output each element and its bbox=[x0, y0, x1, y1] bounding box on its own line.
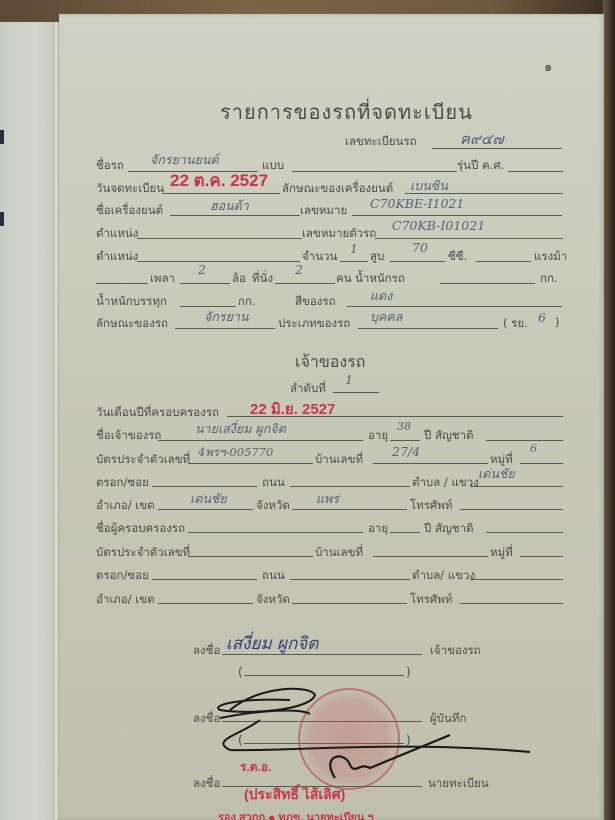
underline bbox=[188, 556, 313, 557]
tambon-value: เด่นชัย bbox=[478, 464, 515, 484]
holder-moo-label: หมู่ที่ bbox=[490, 544, 513, 562]
underline bbox=[152, 579, 257, 580]
axles-label: เพลา bbox=[150, 270, 175, 288]
moo-value: 6 bbox=[530, 442, 537, 455]
style-value: จักรยาน bbox=[204, 307, 249, 327]
underline bbox=[188, 532, 363, 533]
reg-date-label: วันจดทะเบียน bbox=[96, 180, 164, 198]
registration-no-value: ฅ๙๔๗ bbox=[460, 127, 504, 151]
owner-section-title: เจ้าของรถ bbox=[295, 350, 365, 375]
owner-name-label: ชื่อเจ้าของรถ bbox=[96, 427, 161, 445]
house-no-value: 27/4 bbox=[392, 444, 420, 459]
hp-unit: แรงม้า bbox=[534, 248, 567, 266]
underline bbox=[520, 556, 563, 557]
registrar-name: (ประสิทธิ์ ไส้เลิศ) bbox=[244, 784, 345, 806]
nationality-label: ปี สัญชาติ bbox=[424, 427, 474, 445]
holder-amphoe-label: อำเภอ/ เขต bbox=[96, 591, 155, 609]
holder-soi-label: ตรอก/ซอย bbox=[96, 567, 149, 585]
underline bbox=[158, 440, 363, 441]
underline bbox=[486, 440, 563, 441]
underline bbox=[137, 261, 300, 262]
underline bbox=[188, 463, 313, 464]
underline bbox=[486, 532, 563, 533]
id-card-value: 4พรฯ-005770 bbox=[198, 444, 273, 462]
position2-label: ตำแหน่ง bbox=[96, 248, 138, 266]
form-code-prefix: ( รย. bbox=[503, 315, 528, 333]
reg-date-value: 22 ต.ค. 2527 bbox=[170, 167, 268, 194]
underline bbox=[158, 603, 253, 604]
underline bbox=[175, 328, 275, 329]
wheels-label: ล้อ bbox=[232, 270, 246, 288]
holder-house-label: บ้านเลขที่ bbox=[315, 544, 363, 562]
holder-tambon-label: ตำบล/ แขวง bbox=[412, 567, 475, 585]
cc-unit: ซีซี. bbox=[448, 248, 467, 266]
owner-order-value: 1 bbox=[345, 372, 353, 387]
underline bbox=[158, 509, 253, 510]
registrar-title: รอง สวกก.๑ ทภข. นายทะเบียน ฯ bbox=[218, 808, 374, 820]
holder-road-label: ถนน bbox=[262, 567, 285, 585]
underline bbox=[440, 283, 535, 284]
category-label: ประเภทของรถ bbox=[278, 315, 350, 333]
left-facing-page bbox=[0, 22, 58, 820]
weight-unit: กก. bbox=[540, 270, 558, 288]
owner-order-label: ลำดับที่ bbox=[290, 380, 326, 398]
province-label: จังหวัด bbox=[256, 497, 290, 515]
owner-role-label: เจ้าของรถ bbox=[430, 642, 481, 660]
page-title: รายการของรถที่จดทะเบียน bbox=[220, 96, 473, 128]
amphoe-label: อำเภอ/ เขต bbox=[96, 497, 155, 515]
underline bbox=[390, 261, 445, 262]
holder-id-label: บัตรประจำตัวเลขที่ bbox=[96, 544, 190, 562]
engine-no-label: เลขหมาย bbox=[300, 202, 347, 220]
paren-open: ( bbox=[238, 665, 243, 679]
chassis-no-label: เลขหมายตัวรถ bbox=[302, 225, 376, 243]
underline bbox=[352, 215, 562, 216]
registrar-role-label: นายทะเบียน bbox=[428, 775, 489, 793]
id-card-label: บัตรประจำตัวเลขที่ bbox=[96, 451, 190, 469]
form-code-value: 6 bbox=[538, 310, 546, 325]
province-value: แพร่ bbox=[316, 489, 339, 509]
underline bbox=[470, 486, 563, 487]
position-label: ตำแหน่ง bbox=[96, 225, 138, 243]
registration-no-label: เลขทะเบียนรถ bbox=[345, 133, 417, 151]
tambon-label: ตำบล / แขวง bbox=[412, 474, 479, 492]
underline bbox=[96, 283, 148, 284]
registrar-rank: ร.ต.อ. bbox=[240, 758, 271, 777]
underline bbox=[373, 463, 488, 464]
underline bbox=[340, 261, 368, 262]
underline bbox=[373, 556, 488, 557]
underline bbox=[292, 509, 407, 510]
engine-no-value: C70KBE-I1021 bbox=[370, 196, 464, 211]
year-label: รุ่นปี ค.ศ. bbox=[457, 157, 504, 175]
vehicle-name-label: ชื่อรถ bbox=[96, 157, 124, 175]
axles-value: 2 bbox=[198, 262, 206, 277]
underline bbox=[152, 486, 257, 487]
holder-name-label: ชื่อผู้ครอบครองรถ bbox=[96, 520, 185, 538]
amphoe-value: เด่นชัย bbox=[190, 489, 227, 509]
underline bbox=[137, 238, 302, 239]
color-label: สีของรถ bbox=[295, 293, 336, 311]
owner-signature: เสงี่ยม ผูกจิต bbox=[226, 630, 318, 657]
holder-province-label: จังหวัด bbox=[256, 591, 290, 609]
cc-value: 70 bbox=[412, 240, 428, 255]
underline bbox=[460, 509, 563, 510]
underline bbox=[460, 603, 563, 604]
underline bbox=[508, 171, 563, 172]
underline bbox=[244, 675, 404, 676]
engine-brand-value: ฮอนด้า bbox=[210, 196, 249, 216]
seats-label: ที่นั่ง bbox=[252, 270, 273, 288]
engine-type-value: เบนซิน bbox=[410, 176, 448, 196]
registrar-sign-label: ลงชื่อ bbox=[193, 775, 220, 793]
underline bbox=[520, 463, 563, 464]
form-code-suffix: ) bbox=[555, 315, 560, 329]
owner-sign-label: ลงชื่อ bbox=[193, 642, 220, 660]
road-label: ถนน bbox=[262, 474, 285, 492]
underline bbox=[292, 603, 407, 604]
seats-value: 2 bbox=[295, 262, 303, 277]
table-background-edge bbox=[603, 0, 615, 820]
load-label: น้ำหนักบรรทุก bbox=[96, 293, 167, 311]
age-label: อายุ bbox=[368, 427, 388, 445]
left-page-mark bbox=[0, 212, 4, 226]
left-page-mark bbox=[0, 130, 4, 144]
underline bbox=[333, 392, 379, 393]
holder-phone-label: โทรศัพท์ bbox=[410, 591, 452, 609]
cylinders-value: 1 bbox=[350, 241, 358, 256]
persons-label: คน bbox=[336, 270, 352, 288]
underline bbox=[476, 261, 531, 262]
underline bbox=[390, 532, 420, 533]
holder-nationality-label: ปี สัญชาติ bbox=[424, 520, 474, 538]
category-value: บุคคล bbox=[370, 307, 402, 327]
possession-date-value: 22 มิ.ย. 2527 bbox=[250, 397, 335, 421]
engine-brand-label: ชื่อเครื่องยนต์ bbox=[96, 202, 163, 220]
house-no-label: บ้านเลขที่ bbox=[315, 451, 363, 469]
page-number: ๑ bbox=[544, 56, 552, 77]
holder-age-label: อายุ bbox=[368, 520, 388, 538]
color-value: แดง bbox=[370, 286, 392, 306]
underline bbox=[290, 579, 410, 580]
paren-close: ) bbox=[406, 665, 411, 679]
underline bbox=[275, 283, 335, 284]
soi-label: ตรอก/ซอย bbox=[96, 474, 149, 492]
age-value: 38 bbox=[397, 420, 411, 433]
chassis-no-value: C70KB-I01021 bbox=[392, 218, 485, 233]
cylinders-unit: สูบ bbox=[370, 248, 384, 266]
underline bbox=[375, 238, 563, 239]
underline bbox=[358, 328, 498, 329]
style-label: ลักษณะของรถ bbox=[96, 315, 168, 333]
underline bbox=[290, 486, 410, 487]
cylinders-label: จำนวน bbox=[302, 248, 337, 266]
phone-label: โทรศัพท์ bbox=[410, 497, 452, 515]
underline bbox=[390, 440, 420, 441]
underline bbox=[180, 283, 230, 284]
underline bbox=[470, 579, 563, 580]
owner-name-value: นายเสงี่ยม ผูกจิต bbox=[195, 419, 286, 439]
underline bbox=[292, 171, 457, 172]
